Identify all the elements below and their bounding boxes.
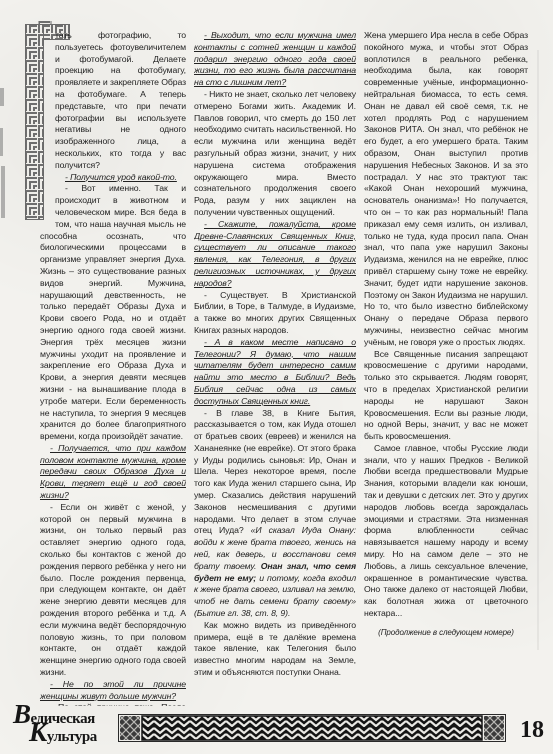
body-paragraph: - Если он живёт с женой, у которой он пе… — [40, 502, 186, 679]
text-column-2: - Выходит, что если мужчина имел контакт… — [194, 30, 356, 706]
text-run: Самое главное, чтобы Русские люди знали,… — [364, 443, 528, 618]
page-footer: Ведическая Культура 18 — [0, 692, 553, 754]
magazine-logo: Ведическая Культура — [13, 706, 97, 746]
text-run: - Существует. В Христианской Библии, в Т… — [194, 290, 356, 335]
magazine-page: тать фотографию, то пользуетесь фотоувел… — [0, 0, 553, 754]
text-run: - Никто не знает, сколько лет человеку о… — [194, 89, 356, 217]
question-paragraph: - Скажите, пожалуйста, кроме Древне-Слав… — [194, 219, 356, 290]
body-paragraph: - В главе 38, в Книге Бытия, рассказывае… — [194, 408, 356, 620]
page-number: 18 — [520, 717, 544, 744]
scan-artifact — [0, 88, 4, 106]
body-paragraph: - Никто не знает, сколько лет человеку о… — [194, 89, 356, 219]
body-paragraph: - Вот именно. Так и происходит в животно… — [40, 183, 186, 443]
footer-ornament-bar — [118, 714, 506, 742]
body-paragraph: Жена умершего Ира несла в себе Образ пок… — [364, 30, 528, 349]
columns-row: тать фотографию, то пользуетесь фотоувел… — [28, 30, 530, 706]
text-run: - Скажите, пожалуйста, кроме Древне-Слав… — [194, 219, 356, 288]
body-paragraph: Как можно видеть из приведённого примера… — [194, 620, 356, 679]
text-run: - Получается, что при каждом половом кон… — [40, 443, 186, 500]
text-column-1: тать фотографию, то пользуетесь фотоувел… — [28, 30, 186, 706]
page-edge-shadow — [537, 50, 539, 650]
logo-line-2: Культура — [29, 724, 97, 746]
body-paragraph: Все Священные писания запрещают кровосме… — [364, 349, 528, 443]
text-run: (Продолжение в следующем номере) — [378, 628, 514, 637]
text-column-3: Жена умершего Ира несла в себе Образ пок… — [364, 30, 528, 706]
text-run: - Выходит, что если мужчина имел контакт… — [194, 30, 356, 87]
text-run: Жена умершего Ира несла в себе Образ пок… — [364, 30, 528, 347]
question-paragraph: - Получится урод какой-то. — [40, 172, 186, 184]
text-run: - В главе 38, в Книге Бытия, рассказывае… — [194, 408, 356, 536]
corner-ornament-spacer — [40, 30, 55, 222]
scan-artifact — [0, 128, 3, 156]
question-paragraph: - Выходит, что если мужчина имел контакт… — [194, 30, 356, 89]
text-run: - А в каком месте написано о Телегонии? … — [194, 337, 356, 406]
question-paragraph: - Получается, что при каждом половом кон… — [40, 443, 186, 502]
body-paragraph: тать фотографию, то пользуетесь фотоувел… — [40, 30, 186, 172]
question-paragraph: - А в каком месте написано о Телегонии? … — [194, 337, 356, 408]
continuation-note: (Продолжение в следующем номере) — [364, 627, 528, 638]
text-run: - Получится урод какой-то. — [65, 172, 177, 182]
text-run: тать фотографию, то пользуетесь фотоувел… — [55, 30, 186, 170]
text-run: Все Священные писания запрещают кровосме… — [364, 349, 528, 442]
text-run: - Если он живёт с женой, у которой он пе… — [40, 502, 186, 677]
body-paragraph: - Существует. В Христианской Библии, в Т… — [194, 290, 356, 337]
text-run: Как можно видеть из приведённого примера… — [194, 620, 356, 677]
scan-artifact — [1, 166, 5, 218]
text-run: - Вот именно. Так и происходит в животно… — [40, 183, 186, 441]
body-paragraph: Самое главное, чтобы Русские люди знали,… — [364, 443, 528, 620]
